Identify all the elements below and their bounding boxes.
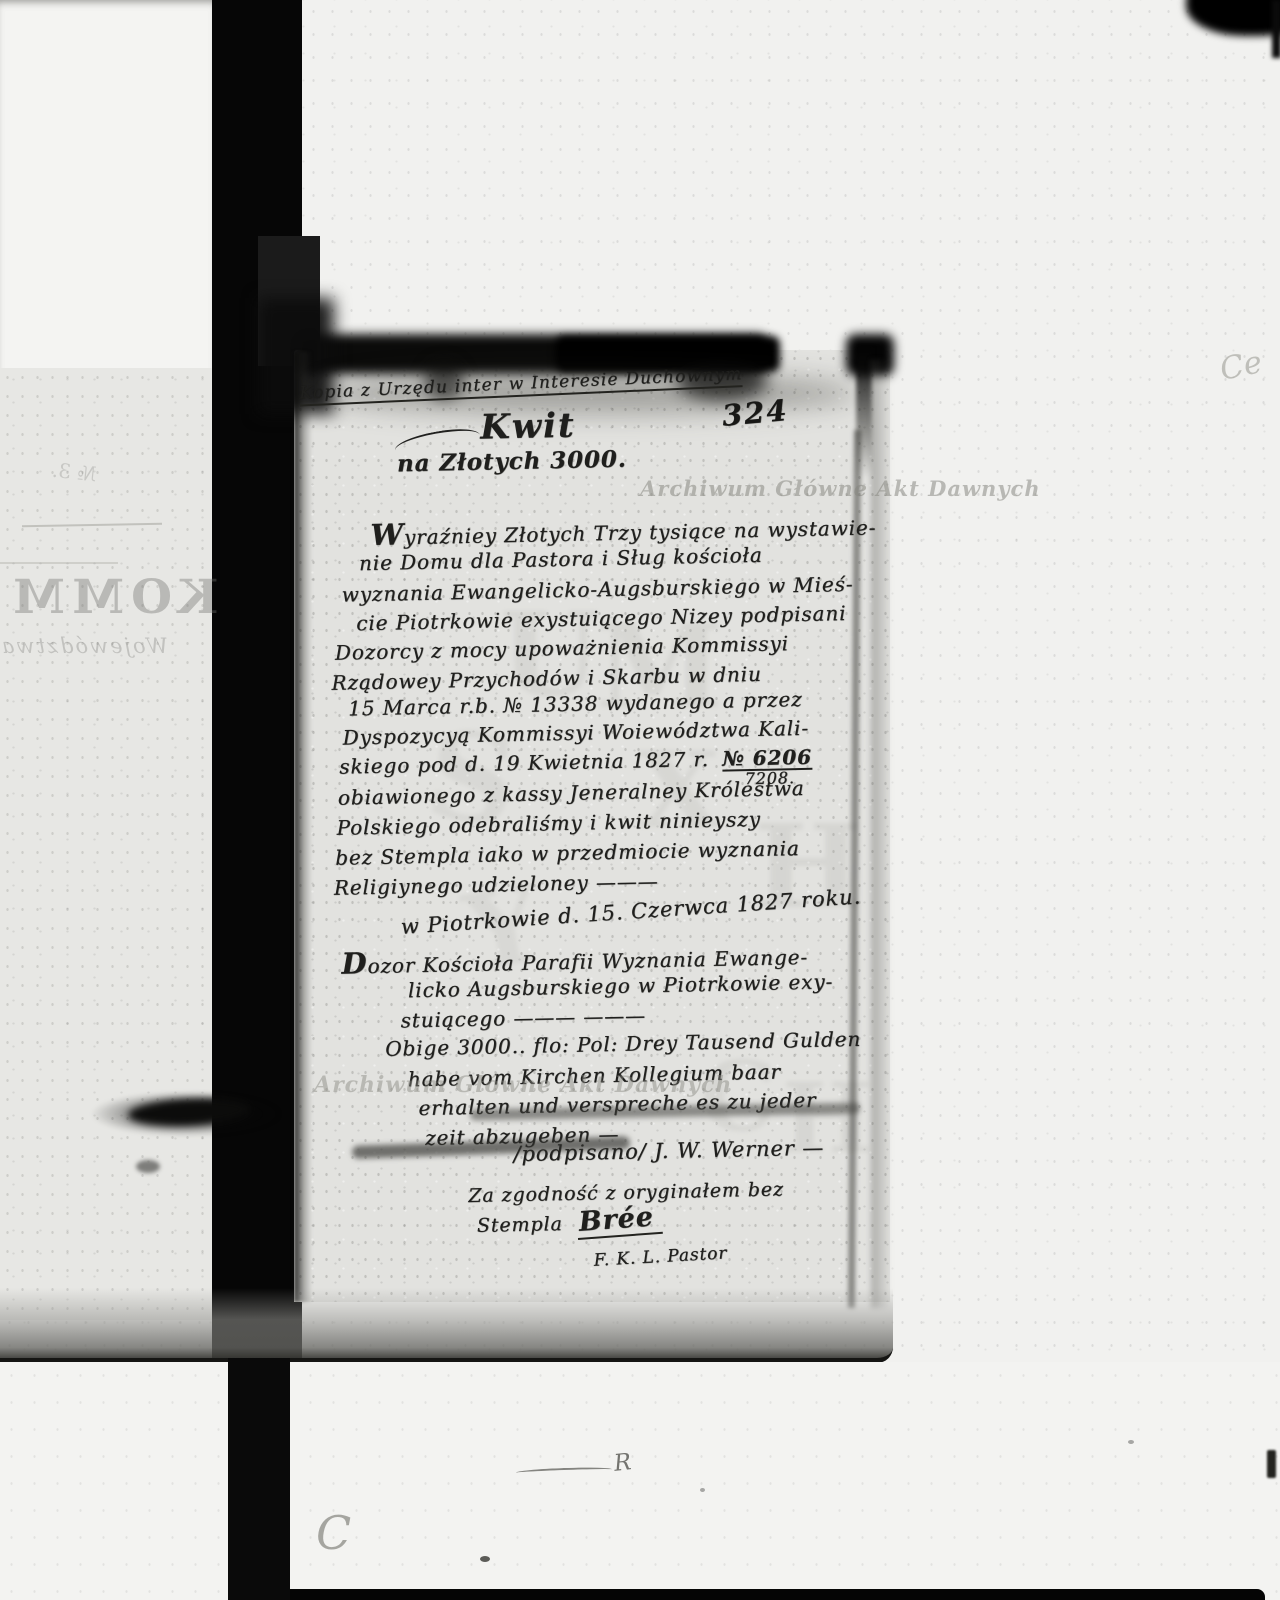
signature-pastor-title: F. K. L. Pastor <box>593 1245 728 1269</box>
signature-pastor-flourish: Brée <box>576 1203 663 1240</box>
body-line: Religiynego udzieloney ——— <box>334 871 659 898</box>
speck <box>700 1488 705 1492</box>
archive-watermark: Archiwum Główne Akt Dawnych <box>314 1072 732 1098</box>
body-line: 15 Marca r.b. № 13338 wydanego a przez <box>348 689 803 719</box>
title-amount: na Złotych 3000. <box>397 448 627 476</box>
archive-watermark: Archiwum Główne Akt Dawnych <box>640 476 1041 501</box>
body-line: nie Domu dla Pastora i Sług kościoła <box>359 545 763 573</box>
pencil-mark-r: R <box>613 1449 633 1477</box>
certification-line: Stempla <box>477 1215 563 1236</box>
header-note: Kopia z Urzędu inter w Interesie Duchown… <box>299 366 743 406</box>
film-bottom-edge <box>290 1589 1265 1600</box>
body-line: Dozorcy z mocy upoważnienia Kommissyi <box>335 633 789 663</box>
page-number: 324 <box>721 396 790 431</box>
page-bottom-edge-shadow <box>0 1288 893 1363</box>
body-line: cie Piotrkowie exystuiącego Nizey podpis… <box>356 603 847 633</box>
body-line: stuiącego ——— ——— <box>400 1005 646 1030</box>
film-edge-mark <box>1267 1450 1276 1478</box>
pencil-mark-c: C <box>316 1506 351 1560</box>
speck <box>480 1556 490 1562</box>
lower-gutter-black-gap <box>228 1358 290 1600</box>
body-line: Wyraźniey Złotych Trzy tysiące na wystaw… <box>370 510 876 550</box>
body-line: bez Stempla iako w przedmiocie wyznania <box>335 838 800 868</box>
film-corner-edge <box>1272 0 1280 58</box>
reference-text: skiego pod d. 19 Kwietnia 1827 r. <box>339 747 709 779</box>
body-line-german: Obige 3000.. flo: Pol: Drey Tausend Guld… <box>385 1029 861 1059</box>
title-kwit: Kwit <box>480 409 576 445</box>
body-line: wyznania Ewangelicko-Augsburskiego w Mie… <box>341 574 853 605</box>
speck <box>1128 1440 1134 1444</box>
certification-line: Za zgodność z oryginałem bez <box>468 1180 784 1206</box>
body-line: Dyspozycyą Kommissyi Woiewództwa Kali- <box>342 718 809 748</box>
lower-pages <box>0 1362 1280 1600</box>
body-line: Polskiego odebraliśmy i kwit ninieyszy <box>336 809 761 838</box>
film-scan-frame: KOMM Województwa № 3. U M S X H Y C H Ko… <box>0 0 1280 1600</box>
